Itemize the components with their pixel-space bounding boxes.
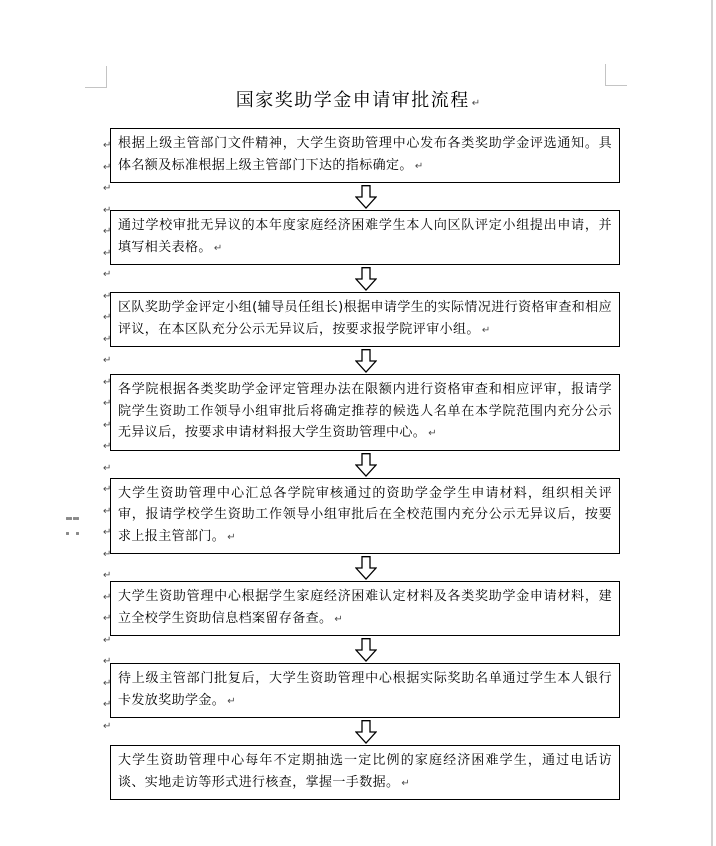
paragraph-mark-icon: ↵ xyxy=(103,399,111,409)
down-arrow-icon xyxy=(355,638,377,662)
flow-step-box[interactable]: 根据上级主管部门文件精神，大学生资助管理中心发布各类奖助学金评选通知。具体名额及… xyxy=(110,128,620,183)
paragraph-mark-icon: ↵ xyxy=(103,571,111,581)
step-text: 通过学校审批无异议的本年度家庭经济困难学生本人向区队评定小组提出申请，并填写相关… xyxy=(118,218,612,255)
paragraph-mark-icon: ↵ xyxy=(103,679,111,689)
down-arrow-icon xyxy=(355,720,377,744)
handle-dot xyxy=(76,517,79,520)
paragraph-mark-icon: ↵ xyxy=(103,313,111,323)
drag-handle[interactable] xyxy=(66,517,79,535)
paragraph-mark-icon: ↵ xyxy=(334,614,343,625)
paragraph-mark-icon: ↵ xyxy=(103,206,111,216)
paragraph-mark-icon: ↵ xyxy=(103,378,111,388)
paragraph-mark-icon: ↵ xyxy=(227,696,236,707)
flow-step-box[interactable]: 各学院根据各类奖助学金评定管理办法在限额内进行资格审查和相应评审，报请学院学生资… xyxy=(110,374,620,451)
step-text: 大学生资助管理中心根据学生家庭经济困难认定材料及各类奖助学金申请材料，建立全校学… xyxy=(118,589,612,626)
step-text: 根据上级主管部门文件精神，大学生资助管理中心发布各类奖助学金评选通知。具体名额及… xyxy=(118,136,612,173)
handle-dot xyxy=(69,517,72,520)
step-text: 区队奖助学金评定小组(辅导员任组长)根据申请学生的实际情况进行资格审查和相应评议… xyxy=(118,300,612,337)
paragraph-mark-icon: ↵ xyxy=(103,464,111,474)
margin-corner-mark-top-right xyxy=(605,64,627,86)
paragraph-mark-icon: ↵ xyxy=(472,98,480,109)
paragraph-mark-icon: ↵ xyxy=(401,778,410,789)
flow-step-box[interactable]: 大学生资助管理中心汇总各学院审核通过的资助学金学生申请材料，组织相关评审，报请学… xyxy=(110,478,620,555)
paragraph-mark-icon: ↵ xyxy=(103,270,111,280)
paragraph-mark-icon: ↵ xyxy=(103,657,111,667)
paragraph-mark-icon: ↵ xyxy=(103,249,111,259)
page-title[interactable]: 国家奖助学金申请审批流程 xyxy=(236,90,470,111)
page-right-edge xyxy=(711,0,713,846)
paragraph-mark-icon: ↵ xyxy=(103,335,111,345)
document-page: { "document": { "title": "国家奖助学金申请审批流程",… xyxy=(0,0,716,846)
paragraph-mark-icon: ↵ xyxy=(103,184,111,194)
paragraph-mark-icon: ↵ xyxy=(428,428,437,439)
flow-step-box[interactable]: 通过学校审批无异议的本年度家庭经济困难学生本人向区队评定小组提出申请，并填写相关… xyxy=(110,210,620,265)
paragraph-mark-icon: ↵ xyxy=(103,442,111,452)
step-text: 大学生资助管理中心每年不定期抽选一定比例的家庭经济困难学生，通过电话访谈、实地走… xyxy=(118,753,612,790)
down-arrow-icon xyxy=(355,349,377,373)
paragraph-mark-icon: ↵ xyxy=(103,507,111,517)
flow-step-box[interactable]: 大学生资助管理中心根据学生家庭经济困难认定材料及各类奖助学金申请材料，建立全校学… xyxy=(110,581,620,636)
title-line: 国家奖助学金申请审批流程↵ xyxy=(0,90,716,115)
step-text: 大学生资助管理中心汇总各学院审核通过的资助学金学生申请材料，组织相关评审，报请学… xyxy=(118,486,612,544)
paragraph-mark-icon: ↵ xyxy=(103,292,111,302)
paragraph-mark-icon: ↵ xyxy=(103,141,111,151)
paragraph-mark-icon: ↵ xyxy=(103,528,111,538)
paragraph-mark-icon: ↵ xyxy=(103,163,111,173)
paragraph-mark-icon: ↵ xyxy=(103,227,111,237)
down-arrow-icon xyxy=(355,185,377,209)
handle-dot xyxy=(76,532,79,535)
down-arrow-icon xyxy=(355,267,377,291)
flow-step-box[interactable]: 大学生资助管理中心每年不定期抽选一定比例的家庭经济困难学生，通过电话访谈、实地走… xyxy=(110,745,620,800)
paragraph-mark-icon: ↵ xyxy=(103,614,111,624)
paragraph-mark-icon: ↵ xyxy=(214,243,223,254)
paragraph-mark-icon: ↵ xyxy=(103,485,111,495)
paragraph-mark-icon: ↵ xyxy=(482,325,491,336)
paragraph-mark-icon: ↵ xyxy=(103,421,111,431)
flow-step-box[interactable]: 待上级主管部门批复后，大学生资助管理中心根据实际奖助名单通过学生本人银行卡发放奖… xyxy=(110,663,620,718)
paragraph-mark-icon: ↵ xyxy=(103,636,111,646)
paragraph-mark-icon: ↵ xyxy=(103,593,111,603)
paragraph-mark-icon: ↵ xyxy=(103,356,111,366)
handle-dot xyxy=(66,532,69,535)
flow-step-box[interactable]: 区队奖助学金评定小组(辅导员任组长)根据申请学生的实际情况进行资格审查和相应评议… xyxy=(110,292,620,347)
paragraph-mark-icon: ↵ xyxy=(227,532,236,543)
flow-steps: 根据上级主管部门文件精神，大学生资助管理中心发布各类奖助学金评选通知。具体名额及… xyxy=(110,128,622,800)
paragraph-mark-icon: ↵ xyxy=(103,700,111,710)
paragraph-mark-icon: ↵ xyxy=(415,161,424,172)
step-text: 各学院根据各类奖助学金评定管理办法在限额内进行资格审查和相应评审，报请学院学生资… xyxy=(118,382,612,440)
down-arrow-icon xyxy=(355,556,377,580)
margin-corner-mark-top-left xyxy=(85,66,107,88)
paragraph-mark-icon: ↵ xyxy=(103,550,111,560)
step-text: 待上级主管部门批复后，大学生资助管理中心根据实际奖助名单通过学生本人银行卡发放奖… xyxy=(118,671,612,708)
down-arrow-icon xyxy=(355,453,377,477)
paragraph-mark-icon: ↵ xyxy=(103,722,111,732)
